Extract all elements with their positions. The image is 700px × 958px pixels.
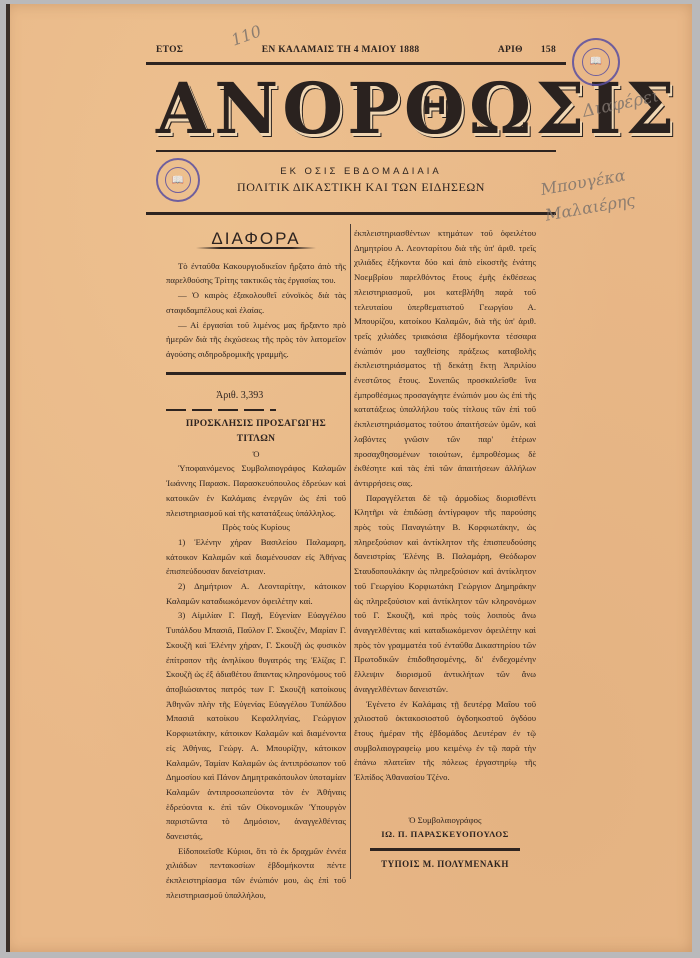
- subtitle-frequency: ΕΚ ΟΣΙΣ ΕΒΔΟΜΑΔΙΑΙΑ: [156, 166, 566, 177]
- notice-paragraph: Παραγγέλεται δὲ τῷ ἀρμοδίως διορισθέντι …: [354, 491, 536, 697]
- issue-number-label: ΑΡΙΘ: [498, 45, 523, 55]
- section-rule: [166, 372, 346, 375]
- notice-continuation: ἐκπλειστηριασθέντων κτημάτων τοῦ ὀφειλέτ…: [354, 226, 536, 491]
- news-item: — Ὁ καιρὸς ἐξακολουθεῖ εὐνοϊκὸς διὰ τὰς …: [166, 288, 346, 317]
- issue-number: ΑΡΙΘ 158: [498, 45, 556, 55]
- notice-paragraph: Ἐγένετο ἐν Καλάμαις τῇ δευτέρᾳ Μαΐου τοῦ…: [354, 697, 536, 785]
- printer-credit: ΤΥΠΟΙΣ Μ. ΠΟΛΥΜΕΝΑΚΗ: [354, 857, 536, 872]
- page-edge-shadow: [6, 4, 10, 952]
- book-icon: 📖: [165, 167, 191, 193]
- signature-role: Ὁ Συμβολαιογράφος: [354, 813, 536, 828]
- notice-addressee: Πρὸς τοὺς Κυρίους: [166, 520, 346, 535]
- masthead-rule-middle: [156, 150, 556, 152]
- notice-intro: Ὑποφαινόμενος Συμβολαιογράφος Καλαμῶν Ἰω…: [166, 461, 346, 520]
- year-label: ΕΤΟΣ: [156, 45, 183, 55]
- notice-item: 3) Αἰμιλίαν Γ. Παχῆ, Εὐγενίαν Εὐαγγέλου …: [166, 608, 346, 843]
- notice-article: Ὁ: [166, 447, 346, 462]
- notice-item: 1) Ἑλένην χήραν Βασιλείου Παλαμαρη, κάτο…: [166, 535, 346, 579]
- masthead-rule-bottom: [146, 212, 556, 215]
- library-stamp-top-right: 📖: [572, 38, 620, 86]
- dateline: ΕΝ ΚΑΛΑΜΑΙΣ ΤΗ 4 ΜΑΙΟΥ 1888: [262, 45, 420, 55]
- newspaper-page: ΕΤΟΣ ΕΝ ΚΑΛΑΜΑΙΣ ΤΗ 4 ΜΑΙΟΥ 1888 ΑΡΙΘ 15…: [6, 4, 692, 952]
- news-item: Τὸ ἐνταῦθα Κακουργιοδικεῖον ἤρξατο ἀπὸ τ…: [166, 259, 346, 288]
- notice-item: 2) Δημήτριον Α. Λεονταρίτην, κάτοικον Κα…: [166, 579, 346, 608]
- subtitle-description: ΠΟΛΙΤΙΚ ΔΙΚΑΣΤΙΚΗ ΚΑΙ ΤΩΝ ΕΙΔΗΣΕΩΝ: [156, 180, 566, 195]
- news-item: — Αἱ ἐργασίαι τοῦ λιμένος μας ἤρξαντο πρ…: [166, 318, 346, 362]
- dashed-rule: [166, 409, 276, 411]
- notice-title: ΠΡΟΣΚΛΗΣΙΣ ΠΡΟΣΑΓΩΓΗΣ ΤΙΤΛΩΝ: [166, 417, 346, 446]
- masthead-info-line: ΕΤΟΣ ΕΝ ΚΑΛΑΜΑΙΣ ΤΗ 4 ΜΑΙΟΥ 1888 ΑΡΙΘ 15…: [156, 45, 556, 55]
- notice-closing: Εἰδοποιεῖσθε Κύριοι, ὅτι τὸ ἐκ δραχμῶν ἐ…: [166, 844, 346, 903]
- handwritten-note-2: Μπουγέκα Μαλαιέρης: [539, 151, 696, 228]
- signature-block: Ὁ Συμβολαιογράφος ΙΩ. Π. ΠΑΡΑΣΚΕΥΟΠΟΥΛΟΣ: [354, 813, 536, 842]
- left-column: ΔΙΑΦΟΡΑ Τὸ ἐνταῦθα Κακουργιοδικεῖον ἤρξα…: [166, 232, 346, 903]
- right-column: ἐκπλειστηριασθέντων κτημάτων τοῦ ὀφειλέτ…: [354, 226, 536, 872]
- section-title-miscellany: ΔΙΑΦΟΡΑ: [166, 232, 346, 247]
- notice-number: Ἀριθ. 3,393: [166, 389, 346, 404]
- book-icon: 📖: [582, 48, 610, 76]
- signature-name: ΙΩ. Π. ΠΑΡΑΣΚΕΥΟΠΟΥΛΟΣ: [354, 827, 536, 842]
- column-divider: [350, 224, 351, 879]
- newspaper-title: ΑΝΟΡΘΩΣΙΣ: [156, 70, 566, 148]
- library-stamp-left: 📖: [156, 158, 200, 202]
- issue-number-value: 158: [541, 45, 556, 55]
- printer-rule: [370, 848, 520, 851]
- masthead-rule-top: [146, 62, 566, 65]
